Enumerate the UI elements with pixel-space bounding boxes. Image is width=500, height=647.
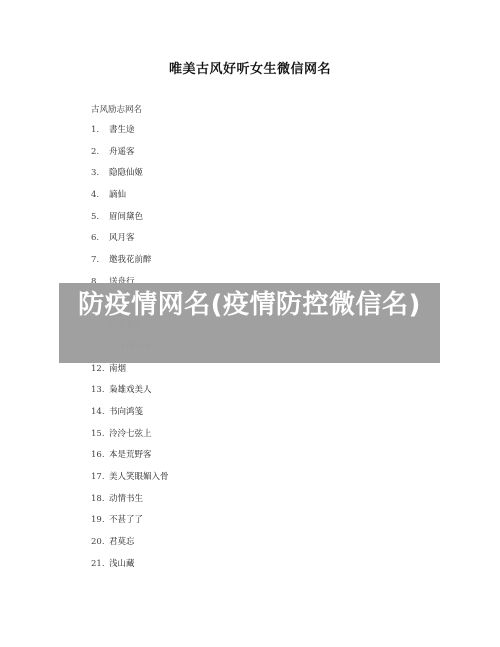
list-item-number: 20. — [91, 537, 109, 547]
list-item: 16.本是荒野客 — [91, 450, 169, 472]
list-item-number: 13. — [91, 385, 109, 395]
list-item: 4.謫仙 — [91, 190, 169, 212]
list-item-name: 君莫忘 — [109, 537, 135, 547]
list-item: 20.君莫忘 — [91, 537, 169, 559]
overlay-banner: 防疫情网名(疫情防控微信名) — [59, 283, 440, 363]
list-item: 14.书向鸿笺 — [91, 407, 169, 429]
list-item-name: 枭雄戏美人 — [109, 385, 152, 395]
banner-title: 防疫情网名(疫情防控微信名) — [59, 287, 440, 323]
list-item-number: 3. — [91, 168, 109, 178]
list-item: 12.南烟 — [91, 364, 169, 386]
list-item: 15.泠泠七弦上 — [91, 429, 169, 451]
list-item: 3.隐隐仙姬 — [91, 168, 169, 190]
list-item-name: 隐隐仙姬 — [109, 168, 143, 178]
list-item: 17.美人笑眼媚入骨 — [91, 472, 169, 494]
list-item-number: 6. — [91, 233, 109, 243]
list-item: 18.动情书生 — [91, 494, 169, 516]
list-item: 7.邀我花前醉 — [91, 255, 169, 277]
section-heading: 古风励志网名 — [91, 103, 142, 115]
list-item-number: 14. — [91, 407, 109, 417]
list-item-number: 19. — [91, 515, 109, 525]
list-item-number: 1. — [91, 125, 109, 135]
list-item: 5.眉间黛色 — [91, 212, 169, 234]
list-item: 19.不甚了了 — [91, 515, 169, 537]
list-item-number: 7. — [91, 255, 109, 265]
list-item-number: 4. — [91, 190, 109, 200]
list-item-name: 书向鸿笺 — [109, 407, 143, 417]
list-item-name: 风月客 — [109, 233, 135, 243]
list-item-name: 本是荒野客 — [109, 450, 152, 460]
list-item-number: 12. — [91, 364, 109, 374]
list-item-name: 泠泠七弦上 — [109, 429, 152, 439]
list-item-number: 2. — [91, 147, 109, 157]
list-item-number: 5. — [91, 212, 109, 222]
list-item-number: 16. — [91, 450, 109, 460]
list-item-name: 南烟 — [109, 364, 126, 374]
list-item-number: 18. — [91, 494, 109, 504]
document-title: 唯美古风好听女生微信网名 — [0, 58, 500, 77]
list-item-name: 动情书生 — [109, 494, 143, 504]
list-item-number: 17. — [91, 472, 109, 482]
list-item: 2.舟遥客 — [91, 147, 169, 169]
list-item-name: 書生途 — [109, 125, 135, 135]
list-item-name: 舟遥客 — [109, 147, 135, 157]
list-item-name: 美人笑眼媚入骨 — [109, 472, 169, 482]
list-item: 6.风月客 — [91, 233, 169, 255]
list-item-number: 21. — [91, 559, 109, 569]
list-item: 13.枭雄戏美人 — [91, 385, 169, 407]
list-item-name: 眉间黛色 — [109, 212, 143, 222]
list-item-name: 邀我花前醉 — [109, 255, 152, 265]
list-item-name: 不甚了了 — [109, 515, 143, 525]
list-item-name: 謫仙 — [109, 190, 126, 200]
list-item-name: 浅山藏 — [109, 559, 135, 569]
list-item: 21.浅山藏 — [91, 559, 169, 581]
list-item-number: 15. — [91, 429, 109, 439]
list-item: 1.書生途 — [91, 125, 169, 147]
